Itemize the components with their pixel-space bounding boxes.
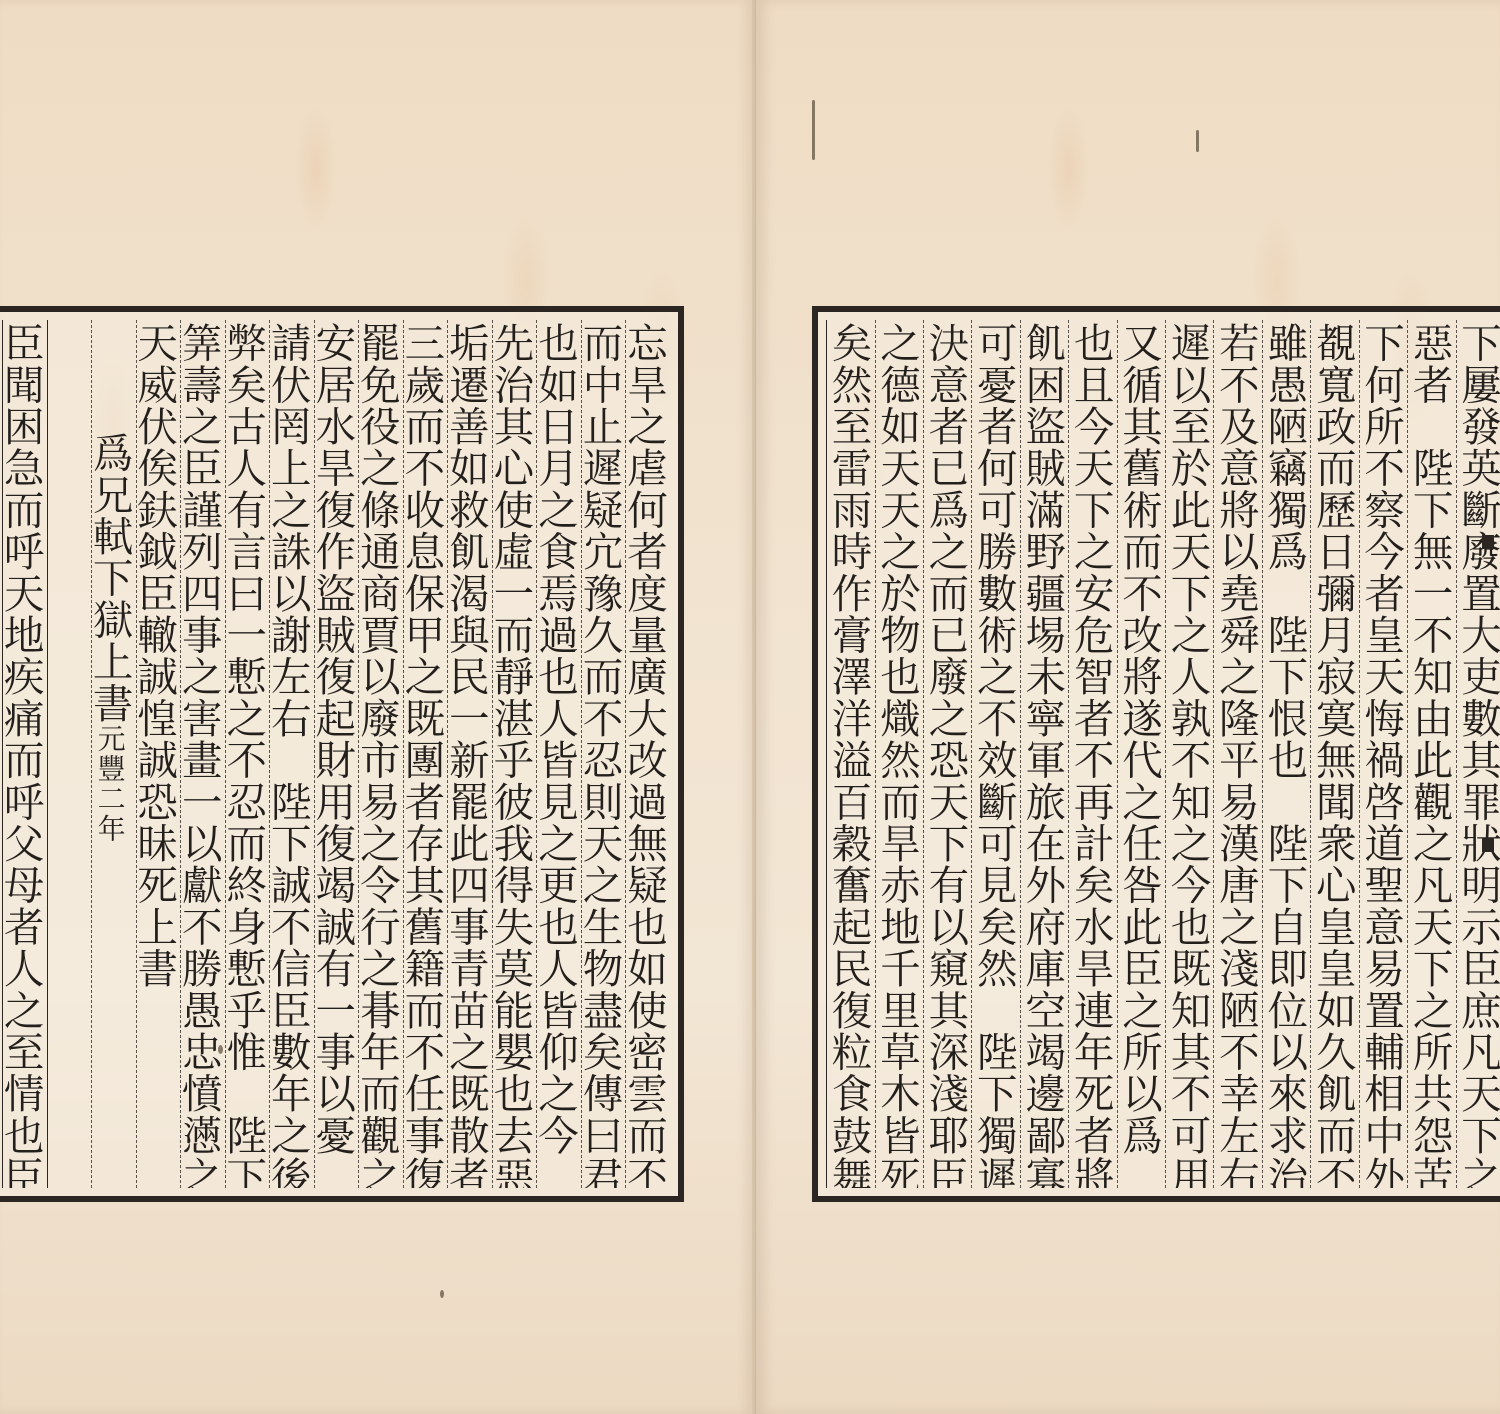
text-column: 天威伏俟鈇鉞臣轍誠惶誠恐昧死上書 <box>136 320 181 1188</box>
text-column: 遲以至於此天下之人孰不知之今也既知其不可用而去之 <box>1165 320 1213 1188</box>
right-page-text-frame: 下屢發英斷廢置大吏數其罪狀明示臣庶凡天下之所共疾 惡者 陛下無一不知由此觀之凡天… <box>812 306 1500 1202</box>
right-page-columns: 下屢發英斷廢置大吏數其罪狀明示臣庶凡天下之所共疾 惡者 陛下無一不知由此觀之凡天… <box>826 320 1500 1188</box>
paper-speck <box>1196 130 1199 152</box>
text-column: 雖愚陋竊獨爲 陛下恨也 陛下自即位以來求治之心常 <box>1262 320 1310 1188</box>
fold-fishtail-marker <box>1482 535 1494 549</box>
left-page-text-frame: 忘旱之虐何者度量廣大改過無疑也如使密雲而不雨既雨 而中止遲疑宂豫久而不忍則天之生… <box>0 306 684 1202</box>
text-column: 覩寬政而歷日彌月寂寞無聞衆心皇皇如久飢而不得食臣 <box>1310 320 1358 1188</box>
section-title: 爲兄軾下獄上書 <box>91 432 134 724</box>
text-column: 請伏罔上之誅以謝左右 陛下誠不信臣數年之後親受其 <box>269 320 314 1188</box>
paper-speck <box>218 1045 223 1054</box>
section-title-column: 爲兄軾下獄上書元豐二年 <box>91 320 136 1188</box>
text-column: 之德如天天之於物也熾然而旱赤地千里草木皆死可謂虐 <box>875 320 923 1188</box>
text-column: 惡者 陛下無一不知由此觀之凡天下之所共怨苦者 陛 <box>1407 320 1455 1188</box>
text-column: 臣聞困急而呼天地疾痛而呼父母者人之至情也臣雖草芥 <box>2 320 47 1188</box>
left-page-columns: 忘旱之虐何者度量廣大改過無疑也如使密雲而不雨既雨 而中止遲疑宂豫久而不忍則天之生… <box>2 320 670 1188</box>
text-column: 忘旱之虐何者度量廣大改過無疑也如使密雲而不雨既雨 <box>625 320 670 1188</box>
text-column: 垢遷善如救飢渴與民一新罷此四事青苗之既散者要之以 <box>447 320 492 1188</box>
text-column: 筭壽之臣謹列四事之害畫一以獻不勝愚忠憤懣之誠干犯 <box>180 320 225 1188</box>
paper-speck <box>812 100 815 160</box>
text-column: 也且今天下之安危智者不再計矣水旱連年死者將半遺民 <box>1068 320 1116 1188</box>
text-column: 下何所不察今者皇天悔禍啓道聖意易置輔相中外踴躍思 <box>1359 320 1407 1188</box>
date-note: 元豐二年 <box>94 724 127 844</box>
paper-speck <box>440 1290 444 1298</box>
text-column: 三歲而不收息保甲之既團者存其舊籍而不任事復差役以 <box>403 320 448 1188</box>
text-column: 弊矣古人有言曰一慙之不忍而終身慙乎惟 陛下爲社稷 <box>225 320 270 1188</box>
blank-column <box>47 320 92 1188</box>
text-column: 又循其舊術而不改將遂代之任咎此臣之所以爲 陛下恨 <box>1117 320 1165 1188</box>
text-column: 安居水旱復作盜賊復起財用復竭誠有一事以憂 陛下臣 <box>314 320 359 1188</box>
text-column: 也如日月之食焉過也人皆見之更也人皆仰之今 陛下誠 <box>536 320 581 1188</box>
text-column: 下屢發英斷廢置大吏數其罪狀明示臣庶凡天下之所共疾 <box>1456 320 1500 1188</box>
text-column: 先治其心使虛一而靜湛乎彼我得失莫能嬰也去惡如弃塵 <box>492 320 537 1188</box>
text-column: 矣然至雷雨時作膏澤洋溢百穀奮起民復粒食鼓舞盛德而 <box>826 320 874 1188</box>
text-column: 飢困盜賊滿野疆埸未寧軍旅在外府庫空竭邊鄙寡少事之 <box>1020 320 1068 1188</box>
text-column: 罷免役之條通商賈以廢市易之令行之朞年而觀之茍民不 <box>358 320 403 1188</box>
right-page: 下屢發英斷廢置大吏數其罪狀明示臣庶凡天下之所共疾 惡者 陛下無一不知由此觀之凡天… <box>756 0 1500 1414</box>
left-page: 忘旱之虐何者度量廣大改過無疑也如使密雲而不雨既雨 而中止遲疑宂豫久而不忍則天之生… <box>0 0 753 1414</box>
text-column: 可憂者何可勝數術之不效斷可見矣然 陛下獨遲遲而不 <box>971 320 1019 1188</box>
text-column: 若不及意將以堯舜之隆平易漢唐之淺陋不幸左右不明倰 <box>1213 320 1261 1188</box>
text-column: 決意者已爲之而已廢之恐天下有以窺其深淺耶臣聞人主 <box>923 320 971 1188</box>
text-column: 而中止遲疑宂豫久而不忍則天之生物盡矣傳曰君子之過 <box>581 320 626 1188</box>
fold-fishtail-marker <box>1482 838 1494 852</box>
